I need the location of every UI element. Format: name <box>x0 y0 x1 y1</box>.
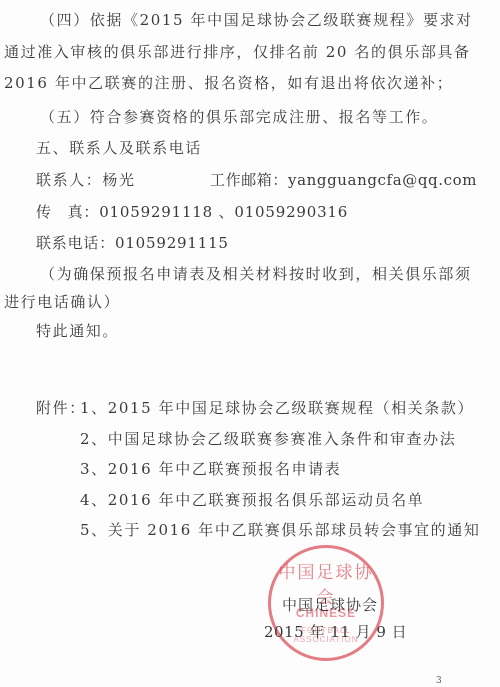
attachment-2: 2、中国足球协会乙级联赛参赛准入条件和审查办法 <box>80 429 456 449</box>
attachment-4: 4、2016 年中乙联赛预报名俱乐部运动员名单 <box>80 490 424 510</box>
attachment-3: 3、2016 年中乙联赛预报名申请表 <box>80 459 341 479</box>
signature-date: 2015 年 11 月 9 日 <box>264 622 407 642</box>
page-number: 3 <box>436 676 442 686</box>
paragraph-4-line2: 通过准入审核的俱乐部进行排序，仅排名前 20 名的俱乐部具备 <box>4 42 471 62</box>
note-line2: 进行电话确认） <box>4 292 120 312</box>
contact-phone: 联系电话：01059291115 <box>36 233 229 253</box>
attachment-5: 5、关于 2016 年中乙联赛俱乐部球员转会事宜的通知 <box>80 520 480 540</box>
paragraph-5: （五）符合参赛资格的俱乐部完成注册、报名等工作。 <box>40 107 438 127</box>
note-line1: （为确保预报名申请表及相关材料按时收到，相关俱乐部须 <box>40 264 472 284</box>
contact-person: 联系人：杨光 <box>36 170 136 190</box>
closing: 特此通知。 <box>36 321 119 341</box>
attachments-label: 附件： <box>36 398 86 418</box>
contact-fax: 传 真：01059291118 、01059290316 <box>36 202 348 222</box>
attachment-1: 1、2015 年中国足球协会乙级联赛规程（相关条款） <box>80 398 474 418</box>
paragraph-4-line3: 2016 年中乙联赛的注册、报名资格，如有退出将依次递补； <box>4 73 453 93</box>
contact-heading: 五、联系人及联系电话 <box>36 138 202 158</box>
contact-email: 工作邮箱：yangguangcfa@qq.com <box>210 170 477 190</box>
signature-organization: 中国足球协会 <box>282 595 378 615</box>
paragraph-4-line1: （四）依据《2015 年中国足球协会乙级联赛规程》要求对 <box>40 10 473 30</box>
